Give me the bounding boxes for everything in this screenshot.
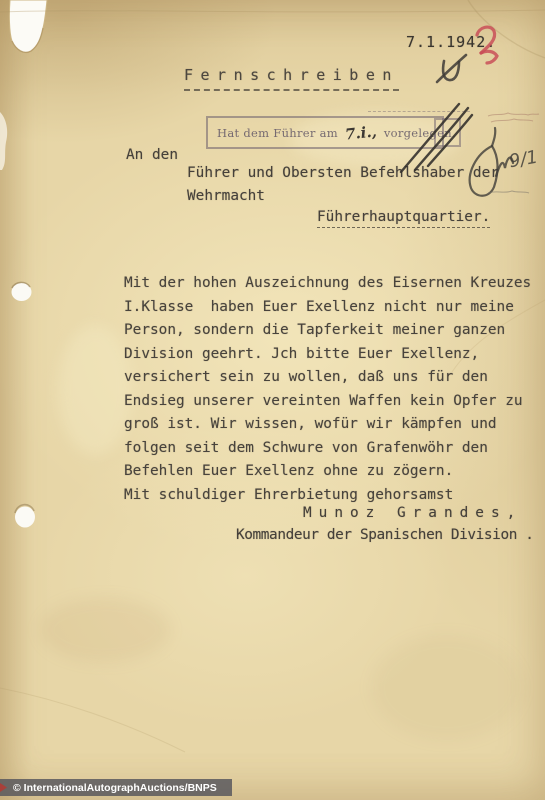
- body-line: Endsieg unserer vereinten Waffen kein Op…: [124, 390, 531, 414]
- auction-watermark: © InternationalAutographAuctions/BNPS: [0, 779, 232, 796]
- paper-stain: [40, 598, 170, 662]
- address-line: Wehrmacht: [187, 188, 265, 204]
- body-line: Person, sondern die Tapferkeit meiner ga…: [124, 319, 531, 343]
- stamp-dashed-line: [368, 111, 470, 112]
- address-line: An den: [126, 147, 178, 163]
- body-line: Mit der hohen Auszeichnung des Eisernen …: [124, 272, 531, 296]
- typed-date: 7.1.1942.: [406, 33, 496, 51]
- body-line: versichert sein zu wollen, daß uns für d…: [124, 366, 531, 390]
- body-line: Mit schuldiger Ehrerbietung gehorsamst: [124, 484, 531, 508]
- signature-name: Munoz Grandes,: [303, 505, 522, 521]
- document-title: Fernschreiben: [184, 66, 399, 91]
- body-line: Befehlen Euer Exellenz ohne zu zögern.: [124, 460, 531, 484]
- paper-stain: [58, 325, 132, 455]
- stamp-prefix: Hat dem Führer am: [217, 126, 338, 140]
- fuehrer-stamp: Hat dem Führer am 7.i., vorgelegen.: [206, 116, 444, 149]
- body-text: Mit der hohen Auszeichnung des Eisernen …: [124, 272, 531, 507]
- address-line: Führerhauptquartier.: [317, 209, 490, 228]
- stamp-initial-box: [434, 118, 461, 147]
- body-line: groß ist. Wir wissen, wofür wir kämpfen …: [124, 413, 531, 437]
- address-line: Führer und Obersten Befehlshaber der: [187, 165, 499, 181]
- body-line: I.Klasse haben Euer Exellenz nicht nur m…: [124, 296, 531, 320]
- body-line: Division geehrt. Jch bitte Euer Exellenz…: [124, 343, 531, 367]
- document-scan: { "paper": { "date": "7.1.1942.", "red_m…: [0, 0, 545, 800]
- stamp-handwritten-date: 7.i.,: [344, 122, 378, 143]
- body-line: folgen seit dem Schwure von Grafenwöhr d…: [124, 437, 531, 461]
- signature-title: Kommandeur der Spanischen Division .: [236, 527, 534, 543]
- paper-stain: [372, 635, 522, 740]
- watermark-text: © InternationalAutographAuctions/BNPS: [0, 782, 217, 794]
